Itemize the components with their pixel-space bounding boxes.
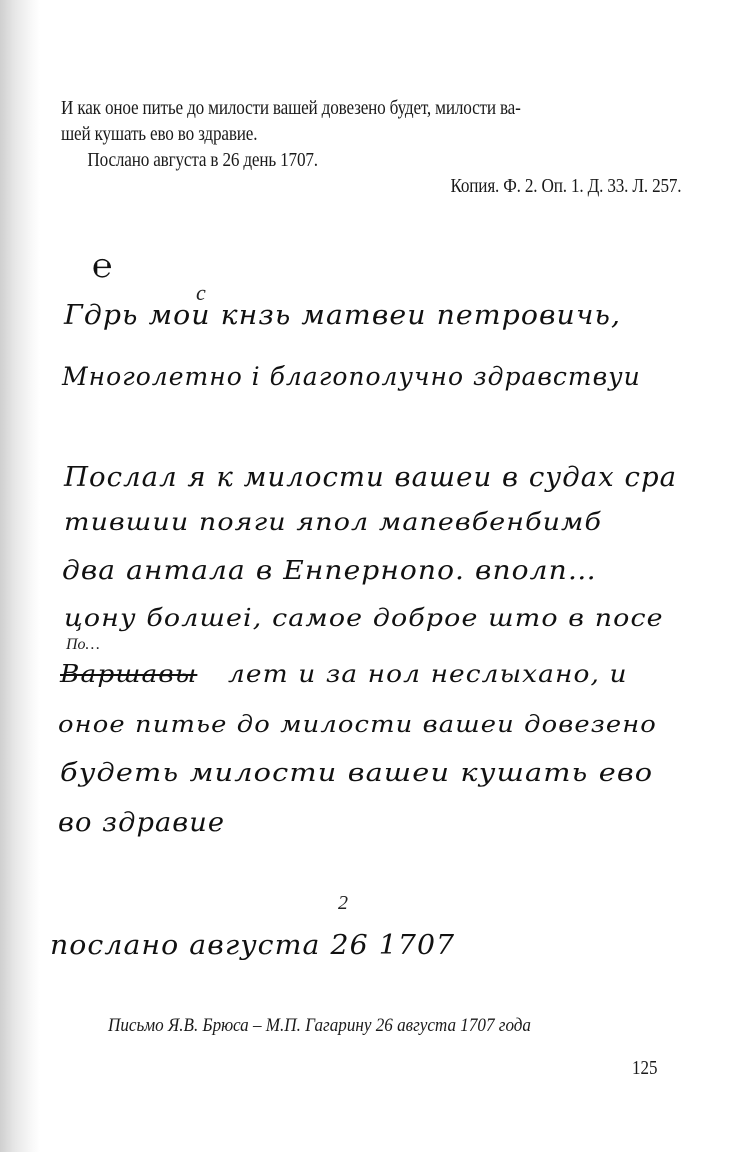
manuscript-line-7: Варшавы — [60, 660, 197, 688]
figure-caption: Письмо Я.В. Брюса – М.П. Гагарину 26 авг… — [108, 1015, 531, 1037]
manuscript-line-9: будеть милости вашеи кушать ево — [60, 758, 653, 787]
manuscript-line-6: цону болшеi, самое доброе што в посе — [64, 604, 664, 632]
manuscript-line-7-rest: лет и за нол неслыхано, и — [228, 660, 628, 688]
manuscript-line-5: два антала в Енпеpнопо. вполп… — [62, 556, 597, 586]
manuscript-line-4: тившии пояги япол мапевбенбимб — [64, 508, 602, 536]
manuscript-flourish: ℮ — [92, 248, 112, 286]
manuscript-line-1: Гдрь мои кнзь матвеи петровичь, — [64, 300, 621, 331]
struck-word: Варшавы — [60, 660, 197, 688]
manuscript-date-superscript: 2 — [338, 892, 348, 915]
manuscript-signature-line: послано августа 26 1707 — [50, 930, 455, 961]
manuscript-line-8: оное питье до милости вашеи довезено — [58, 712, 657, 738]
manuscript-facsimile: ℮ с Гдрь мои кнзь матвеи петровичь, Мног… — [0, 0, 742, 1010]
manuscript-interlinear-note: По… — [66, 636, 100, 654]
manuscript-line-10: во здравие — [58, 808, 225, 838]
book-page: И как оное питье до милости вашей довезе… — [0, 0, 742, 1152]
page-number: 125 — [632, 1057, 658, 1080]
manuscript-line-2: Многолетно i благополучно здравствуи — [62, 362, 641, 391]
manuscript-line-3: Послал я к милости вашеи в судах сра — [64, 462, 677, 493]
